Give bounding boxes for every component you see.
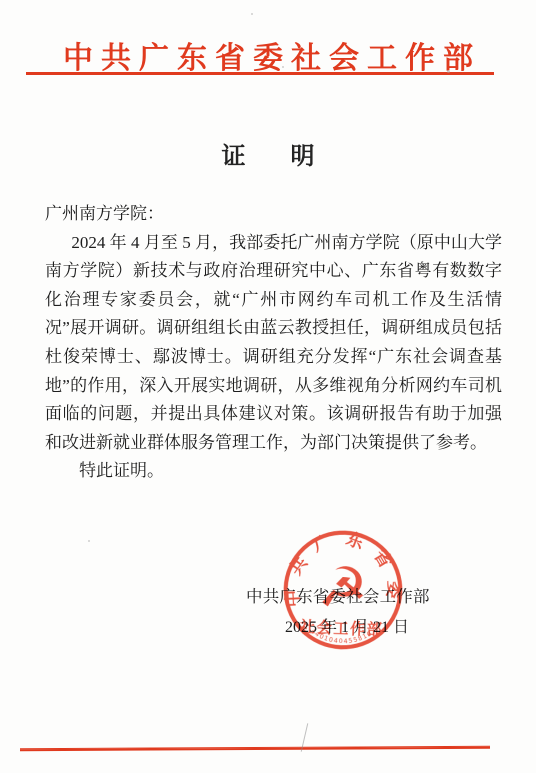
footer-double-rule xyxy=(20,746,490,751)
signature-date: 2025 年 1 月 21 日 xyxy=(262,614,432,637)
closing-paragraph: 特此证明。 xyxy=(45,457,502,486)
document-title: 证 明 xyxy=(0,136,536,171)
scan-speck xyxy=(88,540,90,542)
scan-speck xyxy=(282,66,284,68)
scanned-certificate-page: 中共广东省委社会工作部 证 明 广州南方学院： 2024 年 4 月至 5 月，… xyxy=(0,0,536,773)
recipient-line: 广州南方学院： xyxy=(45,200,502,229)
document-title-char-right: 明 xyxy=(291,136,315,171)
scan-speck xyxy=(447,70,450,73)
body-paragraph: 2024 年 4 月至 5 月，我部委托广州南方学院（原中山大学南方学院）新技术… xyxy=(45,229,502,458)
signature-org: 中共广东省委社会工作部 xyxy=(246,583,430,607)
letterhead-org-title: 中共广东省委社会工作部 xyxy=(0,33,536,77)
scan-speck xyxy=(251,13,253,15)
letterhead-double-rule xyxy=(26,72,494,75)
letter-body: 广州南方学院： 2024 年 4 月至 5 月，我部委托广州南方学院（原中山大学… xyxy=(45,200,502,486)
document-title-char-left: 证 xyxy=(222,136,246,171)
